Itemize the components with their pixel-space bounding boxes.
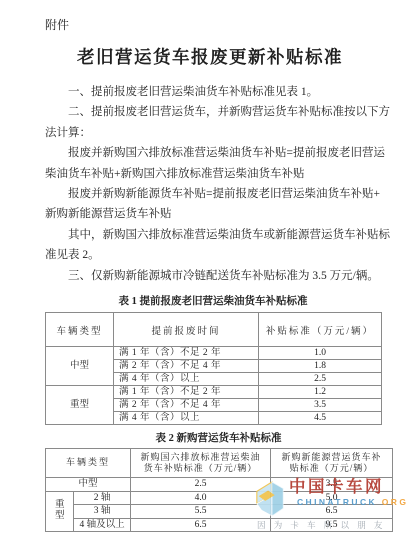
t2-ev-cell: 6.5 [271, 505, 393, 519]
t2-type-heavy: 重型 [46, 491, 74, 532]
table1-scrap-subsidy: 车辆类型 提前报废时间 补贴标准（万元/辆） 中型 满 1 年（含）不足 2 年… [45, 312, 382, 425]
t1-header-subsidy: 补贴标准（万元/辆） [259, 313, 382, 347]
t2-header-ev-subsidy: 新购新能源营运货车补贴标准（万元/辆） [271, 449, 393, 478]
t2-axle-cell: 3 轴 [74, 505, 131, 519]
t2-ev-cell: 5.0 [271, 491, 393, 505]
attachment-label: 附件 [45, 16, 69, 33]
body-line: 柴油货车补贴+新购国六排放标准营运柴油货车补贴 [45, 164, 385, 184]
t1-time-cell: 满 1 年（含）不足 2 年 [114, 347, 259, 360]
table-row: 中型 满 1 年（含）不足 2 年 1.0 [46, 347, 382, 360]
t1-type-heavy: 重型 [46, 386, 114, 425]
t1-type-medium: 中型 [46, 347, 114, 386]
t2-diesel-cell: 4.0 [131, 491, 271, 505]
t1-value-cell: 1.8 [259, 360, 382, 373]
t1-header-vehicle-type: 车辆类型 [46, 313, 114, 347]
table-row: 重型 2 轴 4.0 5.0 [46, 491, 393, 505]
t2-type-medium: 中型 [46, 478, 131, 492]
table1-header-row: 车辆类型 提前报废时间 补贴标准（万元/辆） [46, 313, 382, 347]
watermark-slogan: 因为卡车所以朋友 [257, 519, 391, 531]
t1-time-cell: 满 4 年（含）以上 [114, 412, 259, 425]
t1-value-cell: 3.5 [259, 399, 382, 412]
t1-time-cell: 满 1 年（含）不足 2 年 [114, 386, 259, 399]
t2-axle-cell: 2 轴 [74, 491, 131, 505]
body-line: 准见表 2。 [45, 245, 385, 265]
body-line: 新购新能源营运货车补贴 [45, 204, 385, 224]
body-line: 一、提前报废老旧营运柴油货车补贴标准见表 1。 [45, 82, 385, 102]
t2-header-vehicle-type: 车辆类型 [46, 449, 131, 478]
body-line: 其中，新购国六排放标准营运柴油货车或新能源营运货车补贴标 [45, 225, 385, 245]
t2-diesel-cell: 2.5 [131, 478, 271, 492]
body-line: 三、仅新购新能源城市冷链配送货车补贴标准为 3.5 万元/辆。 [45, 266, 385, 286]
table2-header-row: 车辆类型 新购国六排放标准营运柴油货车补贴标准（万元/辆） 新购新能源营运货车补… [46, 449, 393, 478]
table-row: 3 轴 5.5 6.5 [46, 505, 393, 519]
page-title: 老旧营运货车报废更新补贴标准 [0, 44, 420, 69]
t1-value-cell: 4.5 [259, 412, 382, 425]
t2-diesel-cell: 5.5 [131, 505, 271, 519]
table-row: 中型 2.5 3.5 [46, 478, 393, 492]
t1-value-cell: 2.5 [259, 373, 382, 386]
body-line: 法计算： [45, 123, 385, 143]
body-text: 一、提前报废老旧营运柴油货车补贴标准见表 1。 二、提前报废老旧营运货车，并新购… [45, 82, 385, 286]
body-line: 报废并新购国六排放标准营运柴油货车补贴=提前报废老旧营运 [45, 143, 385, 163]
t1-time-cell: 满 4 年（含）以上 [114, 373, 259, 386]
body-line: 报废并新购新能源货车补贴=提前报废老旧营运柴油货车补贴+ [45, 184, 385, 204]
t2-header-diesel-subsidy: 新购国六排放标准营运柴油货车补贴标准（万元/辆） [131, 449, 271, 478]
t1-value-cell: 1.0 [259, 347, 382, 360]
table-row: 重型 满 1 年（含）不足 2 年 1.2 [46, 386, 382, 399]
t1-time-cell: 满 2 年（含）不足 4 年 [114, 399, 259, 412]
t1-time-cell: 满 2 年（含）不足 4 年 [114, 360, 259, 373]
t2-ev-cell: 3.5 [271, 478, 393, 492]
document-page: 附件 老旧营运货车报废更新补贴标准 一、提前报废老旧营运柴油货车补贴标准见表 1… [0, 0, 420, 552]
t1-value-cell: 1.2 [259, 386, 382, 399]
table2-title: 表 2 新购营运货车补贴标准 [45, 430, 392, 445]
body-line: 二、提前报废老旧营运货车，并新购营运货车补贴标准按以下方 [45, 102, 385, 122]
t2-axle-cell: 4 轴及以上 [74, 518, 131, 532]
table1-title: 表 1 提前报废老旧营运柴油货车补贴标准 [45, 293, 381, 308]
t1-header-scrap-time: 提前报废时间 [114, 313, 259, 347]
t2-diesel-cell: 6.5 [131, 518, 271, 532]
